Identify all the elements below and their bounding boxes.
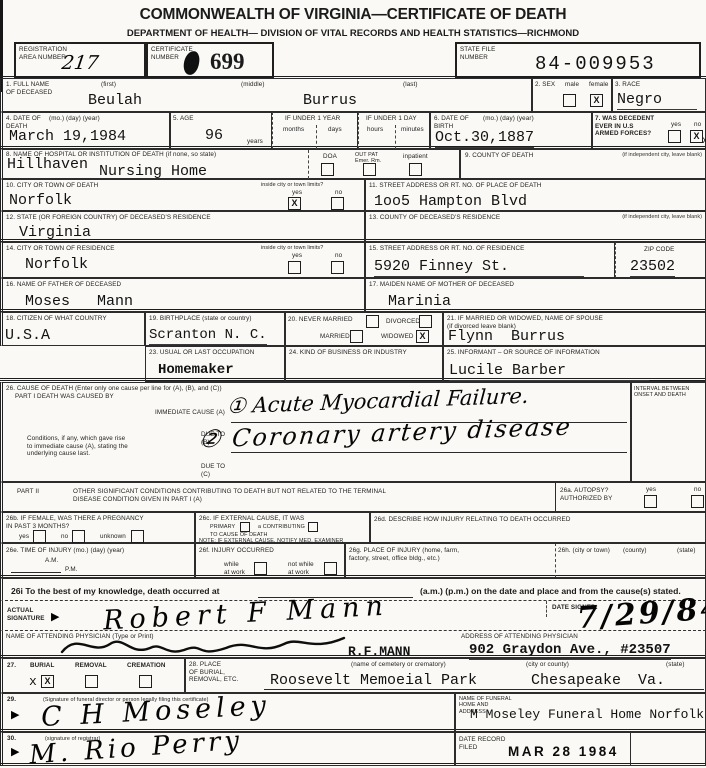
occupation-value: Homemaker [158, 362, 234, 378]
limits-label: inside city or town limits? [261, 182, 323, 188]
interval-label: INTERVAL BETWEEN ONSET AND DEATH [634, 386, 689, 399]
county-of-death-note: (if independent city, leave blank) [622, 152, 702, 158]
part1-label: PART I DEATH WAS CAUSED BY [15, 393, 114, 401]
field-sex: 2. SEX male female X [532, 78, 612, 112]
state-of-residence-value: Virginia [19, 224, 91, 241]
autopsy-no-label: no [694, 486, 701, 494]
cremation-label: CREMATION [127, 662, 166, 670]
armed-forces-label: 7. WAS DECEDENT EVER IN U.S ARMED FORCES… [595, 115, 667, 138]
document-subtitle: DEPARTMENT OF HEALTH— DIVISION OF VITAL … [0, 28, 706, 39]
date-of-birth-label: 6. DATE OF BIRTH [434, 115, 469, 130]
field-informant: 25. INFORMANT – OR SOURCE OF INFORMATION… [443, 346, 706, 382]
divider [316, 125, 318, 149]
burial-extra-mark: x [29, 674, 37, 689]
pm-label: P.M. [65, 566, 78, 574]
occupation-label: 23. USUAL OR LAST OCCUPATION [149, 349, 254, 357]
field-date-of-death: 4. DATE OF DEATH (mo.) (day) (year) Marc… [0, 112, 170, 149]
never-married-checkbox[interactable] [366, 315, 379, 328]
field-date-filed: DATE RECORD FILED MAR 28 1984 [455, 732, 631, 766]
injury-city-label: 26h. (city or town) [558, 547, 610, 555]
date-filed-label: DATE RECORD FILED [459, 736, 505, 751]
cremation-checkbox[interactable] [139, 675, 152, 688]
field-pregnancy: 26b. IF FEMALE, WAS THERE A PREGNANCY IN… [0, 512, 195, 543]
father-name-label: 16. NAME OF FATHER OF DECEASED [6, 281, 121, 289]
under-day-label: IF UNDER 1 DAY [366, 115, 417, 123]
date-of-birth-hint: (mo.) (day) (year) [483, 115, 534, 123]
field-age: 5. AGE 96 years [170, 112, 272, 149]
autopsy-no-checkbox[interactable] [691, 495, 704, 508]
removal-checkbox[interactable] [85, 675, 98, 688]
age-value: 96 [205, 127, 223, 144]
minutes-label: minutes [401, 126, 424, 134]
physician-address-label: ADDRESS OF ATTENDING PHYSICIAN [461, 633, 578, 641]
county-of-residence-label: 13. COUNTY OF DECEASED'S RESIDENCE [369, 214, 500, 222]
state-file-label: STATE FILE NUMBER [460, 46, 495, 61]
autopsy-yes-checkbox[interactable] [644, 495, 657, 508]
field-street-of-residence: 15. STREET ADDRESS OR RT. NO. OF RESIDEN… [365, 242, 615, 278]
last-name-value: Burrus [303, 92, 357, 109]
not-while-at-work-checkbox[interactable] [324, 562, 337, 575]
field-hospital: 8. NAME OF HOSPITAL OR INSTITUTION OF DE… [0, 149, 460, 179]
while-at-work-checkbox[interactable] [254, 562, 267, 575]
business-label: 24. KIND OF BUSINESS OR INDUSTRY [289, 349, 407, 357]
am-label: A.M. [45, 557, 58, 565]
state-hint: (state) [666, 661, 685, 669]
informant-value: Lucile Barber [449, 362, 649, 381]
contributing-label: a CONTRIBUTING [258, 524, 305, 530]
immediate-cause-label: IMMEDIATE CAUSE (A) [155, 409, 225, 417]
place-of-burial-label: 28. PLACE OF BURIAL, REMOVAL, ETC. [189, 661, 238, 684]
not-while-at-work-label: not while at work [288, 561, 314, 576]
field-armed-forces: 7. WAS DECEDENT EVER IN U.S ARMED FORCES… [592, 112, 706, 149]
divorced-checkbox[interactable] [419, 315, 432, 328]
field-business: 24. KIND OF BUSINESS OR INDUSTRY [285, 346, 443, 382]
burial-checkbox[interactable]: X [41, 675, 54, 688]
part2-text: OTHER SIGNIFICANT CONDITIONS CONTRIBUTIN… [73, 488, 386, 503]
mother-name-value: Marinia [388, 293, 451, 310]
certification-text-1: 26i To the best of my knowledge, death o… [11, 586, 220, 596]
field-injury-location: 26h. (city or town) (county) (state) [555, 543, 706, 578]
divider [395, 125, 397, 149]
mother-name-label: 17. MAIDEN NAME OF MOTHER OF DECEASED [369, 281, 514, 289]
sex-female-label: female [589, 81, 609, 89]
registrar-number: 30. [7, 735, 16, 743]
armed-forces-yes-checkbox[interactable] [668, 130, 681, 143]
hours-label: hours [367, 126, 383, 134]
widowed-checkbox[interactable]: X [416, 330, 429, 343]
first-name-value: Beulah [88, 92, 142, 109]
under-year-label: IF UNDER 1 YEAR [285, 115, 340, 123]
widowed-label: WIDOWED [381, 333, 414, 341]
age-unit-label: years [247, 138, 263, 146]
injury-county-label: (county) [623, 547, 647, 555]
citizen-value: U.S.A [5, 327, 50, 344]
injury-state-label: (state) [677, 547, 696, 555]
zip-code-label: ZIP CODE [644, 246, 674, 254]
limits-yes-checkbox[interactable]: X [288, 197, 301, 210]
cause-b-handwriting: ② Coronary artery disease [198, 412, 574, 453]
conditions-note: Conditions, if any, which gave rise to i… [27, 435, 157, 458]
time-blank-line [11, 571, 61, 573]
doa-checkbox[interactable] [321, 163, 334, 176]
autopsy-yes-label: yes [646, 486, 656, 494]
physician-row: NAME OF ATTENDING PHYSICIAN (Type or Pri… [0, 630, 706, 658]
field-marital-status: 20. NEVER MARRIED DIVORCED MARRIED WIDOW… [285, 312, 443, 346]
city-county-hint: (city or county) [526, 661, 569, 669]
armed-forces-extra-mark: x [702, 136, 706, 147]
field-city-of-death: 10. CITY OR TOWN OF DEATH Norfolk inside… [0, 179, 365, 211]
field-county-of-death: 9. COUNTY OF DEATH (if independent city,… [460, 149, 706, 179]
field-father-name: 16. NAME OF FATHER OF DECEASED Moses Man… [0, 278, 365, 312]
armed-forces-yes-label: yes [671, 121, 681, 129]
residence-limits-yes-checkbox[interactable] [288, 261, 301, 274]
external-cause-label: 26c. IF EXTERNAL CAUSE, IT WAS [199, 515, 304, 523]
divorced-label: DIVORCED [386, 318, 420, 326]
field-funeral-home: NAME OF FUNERAL HOME AND ADDRESS M Mosel… [455, 693, 706, 732]
contributing-checkbox[interactable] [308, 522, 318, 532]
field-part2: PART II OTHER SIGNIFICANT CONDITIONS CON… [0, 482, 556, 512]
sex-male-label: male [565, 81, 579, 89]
cause-line-b [231, 451, 627, 453]
funeral-director-number: 29. [7, 696, 16, 704]
while-at-work-label: while at work [224, 561, 245, 576]
actual-signature-row: ACTUAL SIGNATURE ▶ Robert F Mann DATE SI… [0, 600, 706, 630]
field-external-cause: 26c. IF EXTERNAL CAUSE, IT WAS PRIMARY a… [195, 512, 370, 543]
field-if-under-1-day: IF UNDER 1 DAY hours minutes [358, 112, 430, 149]
primary-checkbox[interactable] [240, 522, 250, 532]
age-label: 5. AGE [173, 115, 194, 123]
field-city-of-residence: 14. CITY OR TOWN OF RESIDENCE Norfolk in… [0, 242, 365, 278]
last-hint: (last) [403, 81, 418, 89]
birthplace-value: Scranton N. C. [149, 327, 267, 345]
registration-area-box: REGISTRATION AREA NUMBER 217 [14, 42, 146, 79]
pregnancy-unknown-checkbox[interactable] [131, 530, 144, 543]
date-of-birth-value: Oct.30,1887 [435, 129, 534, 148]
injury-description-label: 26d. DESCRIBE HOW INJURY RELATING TO DEA… [374, 516, 571, 524]
physician-signature-scribble [58, 632, 348, 658]
field-zip-code: ZIP CODE 23502 [615, 242, 706, 278]
field-mother-name: 17. MAIDEN NAME OF MOTHER OF DECEASED Ma… [365, 278, 706, 312]
field-citizen: 18. CITIZEN OF WHAT COUNTRY U.S.A [0, 312, 145, 346]
date-of-death-value: March 19,1984 [9, 128, 126, 145]
due-to-c-label: DUE TO (C) [201, 463, 225, 478]
field-street-of-death: 11. STREET ADDRESS OR RT. NO. OF PLACE O… [365, 179, 706, 211]
field-state-of-residence: 12. STATE (OR FOREIGN COUNTRY) OF DECEAS… [0, 211, 365, 242]
field-cause-of-death: 26. CAUSE OF DEATH (Enter only one cause… [0, 382, 632, 482]
inpatient-checkbox[interactable] [409, 163, 422, 176]
married-checkbox[interactable] [350, 330, 363, 343]
field-if-under-1-year: IF UNDER 1 YEAR months days [272, 112, 358, 149]
date-of-death-hint: (mo.) (day) (year) [49, 115, 100, 123]
field-registrar: 30. (signature of registrar) ▶ M. Rio Pe… [0, 732, 455, 766]
signature-arrow-icon: ▶ [51, 610, 59, 623]
certification-text-2: (a.m.) (p.m.) on the date and place and … [420, 586, 681, 596]
disposition-number: 27. [7, 662, 16, 670]
registration-area-value: 217 [60, 52, 99, 74]
months-label: months [283, 126, 304, 134]
race-label: 3. RACE [615, 81, 640, 89]
field-spouse: 21. IF MARRIED OR WIDOWED, NAME OF SPOUS… [443, 312, 706, 346]
place-of-injury-label: 26g. PLACE OF INJURY (home, farm, factor… [349, 547, 459, 562]
field-date-of-birth: 6. DATE OF BIRTH (mo.) (day) (year) Oct.… [430, 112, 592, 149]
field-injury-occurred: 26f. INJURY OCCURRED while at work not w… [195, 543, 345, 578]
armed-forces-no-label: no [694, 121, 701, 129]
pregnancy-label: 26b. IF FEMALE, WAS THERE A PREGNANCY IN… [6, 515, 144, 530]
burial-city-value: Chesapeake [531, 672, 621, 689]
sex-male-checkbox[interactable] [563, 94, 576, 107]
certificate-number-value: 699 [210, 49, 245, 75]
registrar-signature: M. Rio Perry [28, 726, 244, 768]
residence-limits-no-label: no [335, 252, 342, 260]
inpatient-label: inpatient [403, 153, 428, 161]
city-of-death-label: 10. CITY OR TOWN OF DEATH [6, 182, 98, 190]
death-certificate-document: COMMONWEALTH OF VIRGINIA—CERTIFICATE OF … [0, 0, 706, 768]
sex-label: 2. SEX [535, 81, 555, 89]
field-injury-description: 26d. DESCRIBE HOW INJURY RELATING TO DEA… [370, 512, 706, 543]
city-of-residence-label: 14. CITY OR TOWN OF RESIDENCE [6, 245, 115, 253]
residence-limits-label: inside city or town limits? [261, 245, 323, 251]
field-birthplace: 19. BIRTHPLACE (state or country) Scrant… [145, 312, 285, 346]
street-of-residence-label: 15. STREET ADDRESS OR RT. NO. OF RESIDEN… [369, 245, 524, 253]
spouse-value: Flynn Burrus [448, 328, 678, 347]
pregnancy-no-label: no [61, 533, 68, 541]
county-of-residence-note: (if independent city, leave blank) [622, 214, 702, 220]
divider [308, 150, 310, 179]
funeral-director-arrow-icon: ▶ [11, 708, 19, 721]
sex-female-checkbox[interactable]: X [590, 94, 603, 107]
cemetery-value: Roosevelt Memoeial Park [270, 672, 477, 689]
registration-area-label: REGISTRATION AREA NUMBER [19, 46, 67, 61]
residence-limits-no-checkbox[interactable] [331, 261, 344, 274]
field-autopsy: 26a. AUTOPSY? AUTHORIZED BY yes no [555, 482, 706, 512]
registrar-arrow-icon: ▶ [11, 745, 19, 758]
cemetery-hint: (name of cemetery or crematory) [351, 661, 446, 669]
autopsy-label: 26a. AUTOPSY? AUTHORIZED BY [560, 487, 612, 502]
county-of-death-label: 9. COUNTY OF DEATH [465, 152, 533, 160]
pregnancy-yes-label: yes [19, 533, 29, 541]
informant-label: 25. INFORMANT – OR SOURCE OF INFORMATION [447, 349, 600, 357]
street-of-residence-value: 5920 Finney St. [374, 258, 584, 277]
limits-no-label: no [335, 189, 342, 197]
burial-state-value: Va. [638, 672, 665, 689]
hospital-value-1: Hillhaven [7, 156, 88, 173]
pregnancy-yes-checkbox[interactable] [33, 530, 46, 543]
physician-typed-name: R.F.MANN [348, 644, 410, 659]
residence-limits-yes-label: yes [292, 252, 302, 260]
date-filed-stamp: MAR 28 1984 [508, 744, 619, 759]
funeral-home-value: M Moseley Funeral Home Norfolk [470, 707, 704, 722]
certificate-number-box: CERTIFICATE NUMBER 699 [146, 42, 274, 79]
injury-occurred-label: 26f. INJURY OCCURRED [199, 547, 274, 555]
street-of-death-label: 11. STREET ADDRESS OR RT. NO. OF PLACE O… [369, 182, 542, 190]
street-of-death-value: 1oo5 Hampton Blvd [374, 193, 674, 212]
race-value: Negro [617, 91, 697, 110]
primary-label: PRIMARY [210, 524, 235, 530]
state-file-value: 84-009953 [535, 53, 656, 75]
removal-label: REMOVAL [75, 662, 107, 670]
pregnancy-unknown-label: unknown [100, 533, 126, 541]
part2-label: PART II [17, 488, 39, 496]
limits-yes-label: yes [292, 189, 302, 197]
field-place-of-burial: 28. PLACE OF BURIAL, REMOVAL, ETC. (name… [185, 658, 706, 693]
hospital-value-2: Nursing Home [99, 163, 207, 180]
doa-label: DOA [323, 153, 337, 161]
middle-hint: (middle) [241, 81, 265, 89]
field-time-of-injury: 26e. TIME OF INJURY (mo.) (day) (year) A… [0, 543, 195, 578]
state-file-box: STATE FILE NUMBER 84-009953 [455, 42, 701, 79]
field-occupation: 23. USUAL OR LAST OCCUPATION Homemaker [145, 346, 285, 382]
citizen-label: 18. CITIZEN OF WHAT COUNTRY [6, 315, 107, 323]
outpatient-checkbox[interactable] [363, 163, 376, 176]
first-hint: (first) [101, 81, 116, 89]
empty-cell [630, 732, 706, 766]
field-interval: INTERVAL BETWEEN ONSET AND DEATH [630, 382, 706, 482]
father-name-value: Moses Mann [25, 293, 133, 310]
full-name-label: 1. FULL NAME OF DECEASED [6, 81, 52, 96]
birthplace-label: 19. BIRTHPLACE (state or country) [149, 315, 252, 323]
city-of-death-value: Norfolk [9, 192, 72, 209]
document-title: COMMONWEALTH OF VIRGINIA—CERTIFICATE OF … [0, 6, 706, 24]
cause-a-handwriting: ① Acute Myocardial Failure. [226, 384, 529, 419]
zip-code-value: 23502 [630, 258, 675, 277]
field-county-of-residence: 13. COUNTY OF DECEASED'S RESIDENCE (if i… [365, 211, 706, 242]
state-of-residence-label: 12. STATE (OR FOREIGN COUNTRY) OF DECEAS… [6, 214, 211, 222]
field-place-of-injury: 26g. PLACE OF INJURY (home, farm, factor… [345, 543, 556, 578]
actual-signature-label: ACTUAL SIGNATURE [7, 607, 45, 622]
field-disposition: 27. BURIAL REMOVAL CREMATION x X [0, 658, 185, 693]
burial-label: BURIAL [30, 662, 54, 670]
limits-no-checkbox[interactable] [331, 197, 344, 210]
city-of-residence-value: Norfolk [25, 256, 88, 273]
pregnancy-no-checkbox[interactable] [72, 530, 85, 543]
never-married-label: 20. NEVER MARRIED [288, 316, 353, 324]
days-label: days [328, 126, 342, 134]
married-label: MARRIED [320, 333, 350, 341]
time-of-injury-label: 26e. TIME OF INJURY (mo.) (day) (year) [6, 547, 124, 555]
field-full-name: 1. FULL NAME OF DECEASED (first) (middle… [0, 78, 532, 112]
field-race: 3. RACE Negro [612, 78, 706, 112]
divider [546, 601, 548, 617]
cause-of-death-label: 26. CAUSE OF DEATH (Enter only one cause… [6, 385, 222, 393]
